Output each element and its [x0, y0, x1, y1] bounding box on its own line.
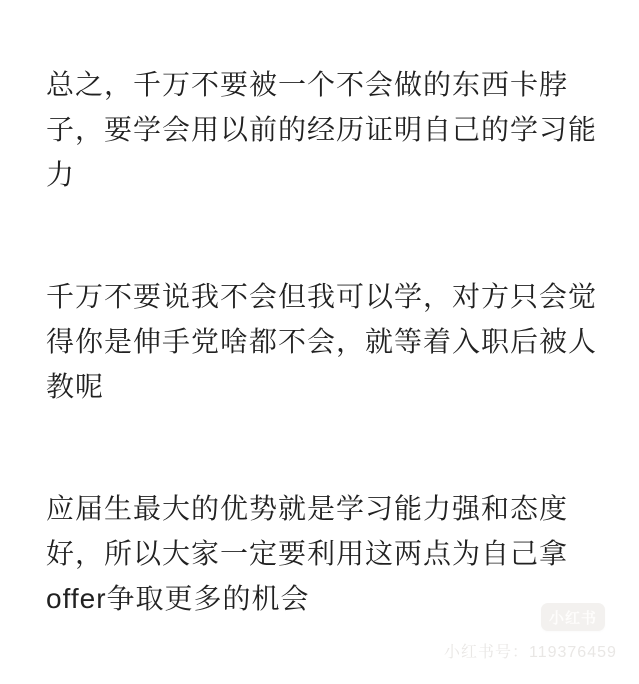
xiaohongshu-id-watermark: 小红书号：119376459	[444, 643, 617, 663]
paragraph-1: 总之，千万不要被一个不会做的东西卡脖 子，要学会用以前的经历证明自己的学习能 力	[46, 62, 611, 197]
paragraph-2-line-1: 千万不要说我不会但我可以学，对方只会觉	[46, 274, 611, 319]
paragraph-3-line-1: 应届生最大的优势就是学习能力强和态度	[46, 486, 611, 531]
note-text-content: 总之，千万不要被一个不会做的东西卡脖 子，要学会用以前的经历证明自己的学习能 力…	[46, 62, 611, 621]
paragraph-2: 千万不要说我不会但我可以学，对方只会觉 得你是伸手党啥都不会，就等着入职后被人 …	[46, 274, 611, 409]
paragraph-3: 应届生最大的优势就是学习能力强和态度 好，所以大家一定要利用这两点为自己拿 of…	[46, 486, 611, 621]
paragraph-1-line-2: 子，要学会用以前的经历证明自己的学习能	[46, 107, 611, 152]
paragraph-3-line-2: 好，所以大家一定要利用这两点为自己拿	[46, 531, 611, 576]
paragraph-2-line-3: 教呢	[46, 364, 611, 409]
xiaohongshu-logo-watermark: 小红书	[541, 603, 605, 631]
xiaohongshu-logo-text: 小红书	[549, 607, 597, 628]
note-image: 总之，千万不要被一个不会做的东西卡脖 子，要学会用以前的经历证明自己的学习能 力…	[0, 0, 639, 684]
paragraph-2-line-2: 得你是伸手党啥都不会，就等着入职后被人	[46, 319, 611, 364]
paragraph-1-line-1: 总之，千万不要被一个不会做的东西卡脖	[46, 62, 611, 107]
paragraph-3-line-3: offer争取更多的机会	[46, 576, 611, 621]
paragraph-1-line-3: 力	[46, 152, 611, 197]
